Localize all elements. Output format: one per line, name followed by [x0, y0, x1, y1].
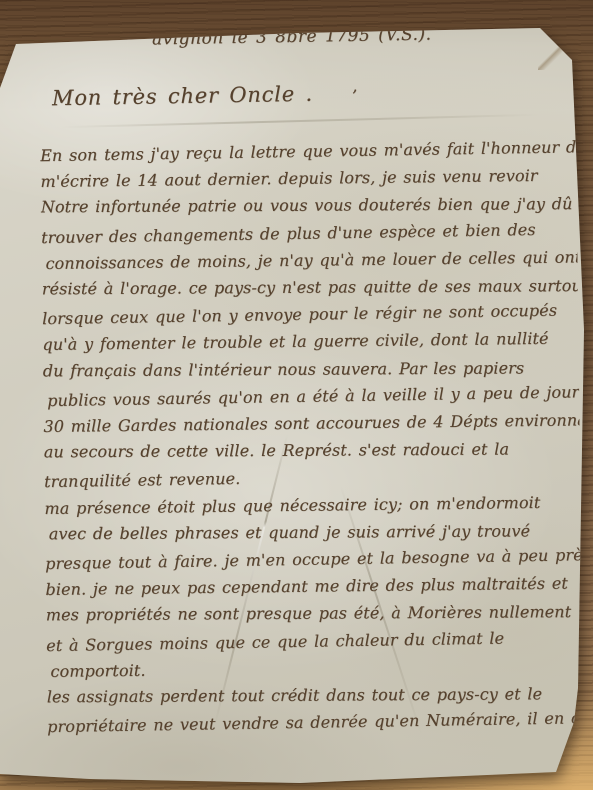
paper-crease [60, 114, 540, 129]
clipped-corner-fold [538, 26, 582, 70]
stray-ink-mark: ’ [352, 86, 357, 105]
letter-salutation: Mon très cher Oncle . [52, 82, 313, 111]
letter-body: En son tems j'ay reçu la lettre que vous… [40, 134, 583, 739]
wood-table-surface: avignon le 3 8bre 1795 (V.S.). Mon très … [0, 0, 593, 790]
paper-shadow-wrap: avignon le 3 8bre 1795 (V.S.). Mon très … [0, 0, 593, 790]
letter-paper: avignon le 3 8bre 1795 (V.S.). Mon très … [0, 0, 593, 790]
letter-dateline: avignon le 3 8bre 1795 (V.S.). [152, 25, 432, 50]
